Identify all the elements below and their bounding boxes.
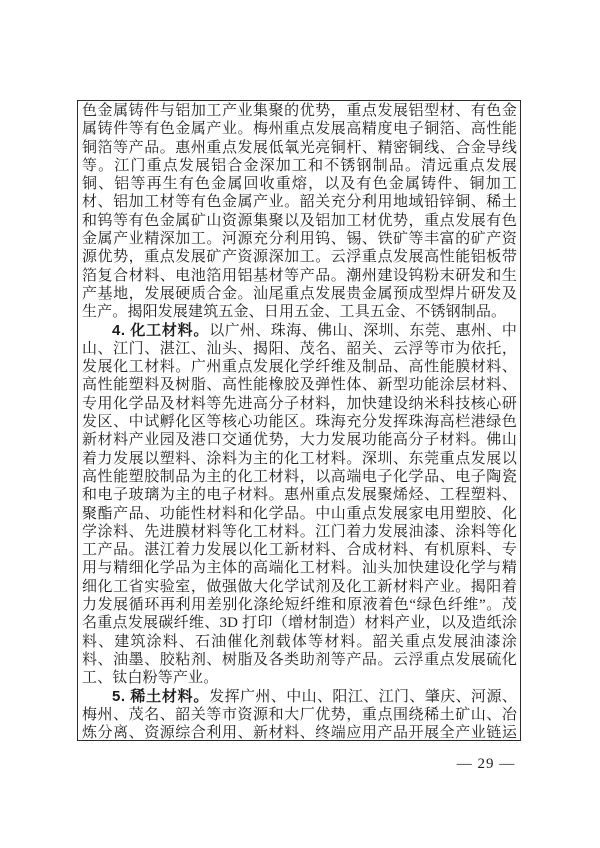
paragraph-3-lead: 5. 稀土材料。 [112, 688, 209, 705]
paragraph-chemical-materials: 4. 化工材料。以广州、珠海、佛山、深圳、东莞、惠州、中山、江门、湛江、汕头、揭… [82, 322, 517, 688]
paragraph-2-text: 以广州、珠海、佛山、深圳、东莞、惠州、中山、江门、湛江、汕头、揭阳、茂名、韶关、… [82, 323, 517, 687]
paragraph-rare-earth-materials: 5. 稀土材料。发挥广州、中山、阳江、江门、肇庆、河源、梅州、茂名、韶关等市资源… [82, 688, 517, 742]
page-number: — 29 — [444, 756, 528, 773]
paragraph-nonferrous-metals-continued: 色金属铸件与铝加工产业集聚的优势，重点发展铝型材、有色金属铸件等有色金属产业。梅… [82, 102, 517, 322]
document-page: 色金属铸件与铝加工产业集聚的优势，重点发展铝型材、有色金属铸件等有色金属产业。梅… [0, 0, 600, 848]
paragraph-1-text: 色金属铸件与铝加工产业集聚的优势，重点发展铝型材、有色金属铸件等有色金属产业。梅… [82, 103, 517, 320]
text-frame: 色金属铸件与铝加工产业集聚的优势，重点发展铝型材、有色金属铸件等有色金属产业。梅… [77, 100, 521, 741]
paragraph-2-lead: 4. 化工材料。 [112, 322, 209, 339]
